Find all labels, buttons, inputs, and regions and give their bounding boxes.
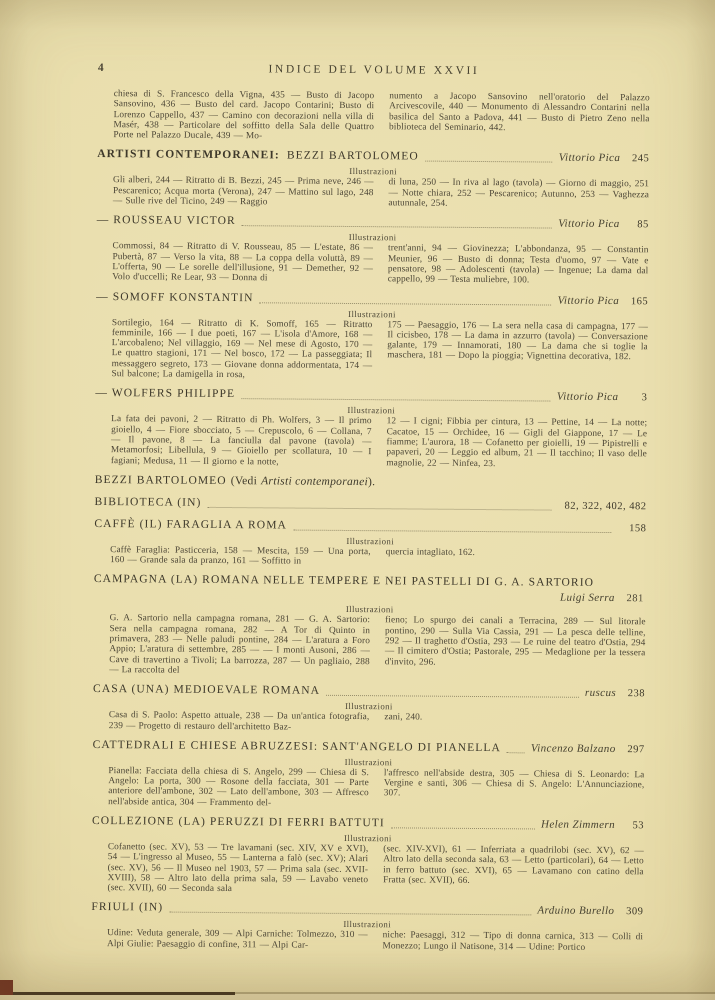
entry-title: — SOMOFF KONSTANTIN bbox=[96, 290, 253, 306]
entry-title: BEZZI BARTOLOMEO bbox=[287, 149, 419, 165]
entry-author: Vittorio Pica bbox=[557, 390, 619, 405]
entry-title: CATTEDRALI E CHIESE ABRUZZESI: SANT'ANGE… bbox=[93, 738, 501, 756]
illustrations-left-column: Pianella: Facciata della chiesa di S. An… bbox=[108, 766, 369, 809]
entry-author: Vittorio Pica bbox=[558, 293, 620, 308]
entry-page-number: 53 bbox=[622, 818, 644, 833]
entry-page-number: 238 bbox=[623, 686, 645, 701]
page-header: 4 INDICE DEL VOLUME XXVII bbox=[98, 62, 650, 78]
entry-author: Arduino Burello bbox=[537, 904, 614, 920]
illustrations-right-column: l'affresco nell'abside destra, 305 — Chi… bbox=[384, 768, 645, 811]
illustrations-right-column: di luna, 250 — In riva al lago (tavola) … bbox=[388, 178, 649, 211]
entry-title: — ROUSSEAU VICTOR bbox=[97, 213, 236, 229]
index-entry: CATTEDRALI E CHIESE ABRUZZESI: SANT'ANGE… bbox=[92, 738, 645, 812]
entry-heading: CASA (UNA) MEDIOEVALE ROMANA ruscus 238 bbox=[93, 682, 645, 701]
entry-heading: ARTISTI CONTEMPORANEI: BEZZI BARTOLOMEO … bbox=[97, 147, 649, 166]
entry-title: COLLEZIONE (LA) PERUZZI DI FERRI BATTUTI bbox=[92, 814, 385, 831]
entry-title: CASA (UNA) MEDIOEVALE ROMANA bbox=[93, 682, 320, 699]
cross-reference-target: Artisti contemporanei bbox=[261, 474, 368, 490]
index-entry: CASA (UNA) MEDIOEVALE ROMANA ruscus 238 … bbox=[93, 682, 645, 735]
entry-page-number: 281 bbox=[622, 594, 644, 605]
scan-corner-artifact bbox=[0, 980, 13, 995]
scanned-page: 4 INDICE DEL VOLUME XXVII chiesa di S. F… bbox=[0, 0, 715, 1000]
page-content: 4 INDICE DEL VOLUME XXVII chiesa di S. F… bbox=[91, 62, 650, 953]
entry-heading: — WOLFERS PHILIPPE Vittorio Pica 3 bbox=[95, 386, 647, 405]
index-entry: — WOLFERS PHILIPPE Vittorio Pica 3 Illus… bbox=[95, 386, 648, 470]
entry-heading: — SOMOFF KONSTANTIN Vittorio Pica 165 bbox=[96, 290, 648, 309]
dotted-leader bbox=[425, 161, 553, 163]
illustrations-right-column: zani, 240. bbox=[384, 712, 645, 735]
entry-heading: COLLEZIONE (LA) PERUZZI DI FERRI BATTUTI… bbox=[92, 814, 644, 833]
dotted-leader bbox=[241, 398, 551, 401]
illustrations-left-column: G. A. Sartorio nella campagna romana, 28… bbox=[109, 614, 370, 678]
illustrations-right-column: 12 — I cigni; Fibbia per cintura, 13 — P… bbox=[386, 417, 647, 471]
entry-heading: CATTEDRALI E CHIESE ABRUZZESI: SANT'ANGE… bbox=[93, 738, 645, 757]
index-entry: — ROUSSEAU VICTOR Vittorio Pica 85 Illus… bbox=[96, 213, 649, 287]
index-entry: CAMPAGNA (LA) ROMANA NELLE TEMPERE E NEI… bbox=[93, 572, 646, 679]
entry-heading: CAFFÈ (IL) FARAGLIA A ROMA 158 bbox=[94, 517, 646, 536]
dotted-leader bbox=[259, 302, 551, 305]
cross-reference-post: ). bbox=[368, 475, 375, 490]
illustrations-left-column: Cofanetto (sec. XV), 53 — Tre lavamani (… bbox=[107, 842, 368, 896]
illustrations-left-column: Commossi, 84 — Ritratto di V. Rousseau, … bbox=[112, 241, 373, 284]
entry-page-number: 297 bbox=[623, 742, 645, 757]
page-number: 4 bbox=[98, 62, 132, 74]
continued-entry-text: chiesa di S. Francesco della Vigna, 435 … bbox=[97, 89, 649, 145]
illustrations-left-column: La fata dei pavoni, 2 — Ritratto di Ph. … bbox=[111, 414, 372, 468]
illustrations-left-column: Udine: Veduta generale, 309 — Alpi Carni… bbox=[107, 929, 368, 952]
entry-page-number: 245 bbox=[627, 152, 649, 167]
entry-page-number: 158 bbox=[624, 521, 646, 536]
cross-reference-pre: (Vedi bbox=[231, 474, 258, 489]
illustrations-left-column: Gli alberi, 244 — Ritratto di B. Bezzi, … bbox=[113, 176, 374, 209]
illustrations-right-column: quercia intagliato, 162. bbox=[386, 547, 647, 570]
index-entry: BEZZI BARTOLOMEO (Vedi Artisti contempor… bbox=[95, 473, 647, 492]
illustrations-right-column: 175 — Paesaggio, 176 — La sera nella cas… bbox=[387, 320, 648, 384]
entry-heading: BIBLIOTECA (IN) 82, 322, 402, 482 bbox=[94, 495, 646, 514]
illustrations-right-column: niche: Paesaggi, 312 — Tipo di donna car… bbox=[383, 931, 644, 954]
entry-page-number: 82, 322, 402, 482 bbox=[564, 499, 646, 515]
entry-page-number: 165 bbox=[626, 294, 648, 309]
entry-heading: BEZZI BARTOLOMEO (Vedi Artisti contempor… bbox=[95, 473, 647, 492]
index-entry: CAFFÈ (IL) FARAGLIA A ROMA 158 Illustraz… bbox=[94, 517, 646, 570]
dotted-leader bbox=[507, 752, 525, 753]
entry-author: ruscus bbox=[585, 686, 616, 701]
entry-page-number: 85 bbox=[627, 218, 649, 233]
illustrations-right-column: fieno; Lo spurgo dei canali a Terracina,… bbox=[385, 616, 646, 680]
illustrations-left-column: Caffè Faraglia: Pasticceria, 158 — Mesci… bbox=[110, 545, 371, 568]
entry-author: Vittorio Pica bbox=[558, 217, 620, 232]
index-entry: COLLEZIONE (LA) PERUZZI DI FERRI BATTUTI… bbox=[91, 814, 644, 898]
scan-edge-shadow-faint bbox=[230, 992, 715, 994]
entry-page-number: 3 bbox=[625, 390, 647, 405]
index-entry: ARTISTI CONTEMPORANEI: BEZZI BARTOLOMEO … bbox=[97, 147, 649, 210]
intro-right-column: numento a Jacopo Sansovino nell'oratorio… bbox=[389, 91, 650, 145]
entry-heading: FRIULI (IN) Arduino Burello 309 bbox=[91, 900, 643, 919]
index-entry: FRIULI (IN) Arduino Burello 309 Illustra… bbox=[91, 900, 643, 953]
entry-title-bold: ARTISTI CONTEMPORANEI: bbox=[97, 147, 280, 163]
entry-author: Vittorio Pica bbox=[559, 151, 621, 166]
entry-title: FRIULI (IN) bbox=[91, 900, 163, 916]
entry-page-number: 309 bbox=[621, 905, 643, 920]
intro-left-column: chiesa di S. Francesco della Vigna, 435 … bbox=[113, 89, 374, 143]
illustrations-left-column: Sortilegio, 164 — Ritratto di K. Somoff,… bbox=[112, 318, 373, 382]
entry-author: Helen Zimmern bbox=[541, 817, 615, 833]
volume-index-title: INDICE DEL VOLUME XXVII bbox=[132, 62, 616, 78]
entry-author: Luigi Serra bbox=[560, 592, 615, 604]
scan-edge-shadow bbox=[0, 992, 235, 995]
entry-heading: — ROUSSEAU VICTOR Vittorio Pica 85 bbox=[97, 213, 649, 232]
dotted-leader bbox=[169, 912, 531, 916]
dotted-leader bbox=[293, 529, 611, 533]
illustrations-left-column: Casa di S. Paolo: Aspetto attuale, 238 —… bbox=[109, 710, 370, 733]
illustrations-right-column: trent'anni, 94 — Giovinezza; L'abbondanz… bbox=[388, 244, 649, 287]
illustrations-right-column: (sec. XIV-XVI), 61 — Inferriata a quadri… bbox=[383, 844, 644, 898]
dotted-leader bbox=[326, 695, 579, 698]
entry-title: BEZZI BARTOLOMEO bbox=[95, 473, 227, 489]
dotted-leader bbox=[242, 226, 552, 229]
dotted-leader bbox=[391, 827, 535, 829]
index-entry: BIBLIOTECA (IN) 82, 322, 402, 482 bbox=[94, 495, 646, 514]
entry-title: — WOLFERS PHILIPPE bbox=[95, 386, 235, 402]
entry-title: BIBLIOTECA (IN) bbox=[94, 495, 201, 511]
entry-title: CAFFÈ (IL) FARAGLIA A ROMA bbox=[94, 517, 287, 534]
entry-author: Vincenzo Balzano bbox=[531, 741, 616, 757]
dotted-leader bbox=[207, 507, 551, 511]
index-entry: — SOMOFF KONSTANTIN Vittorio Pica 165 Il… bbox=[96, 290, 649, 384]
